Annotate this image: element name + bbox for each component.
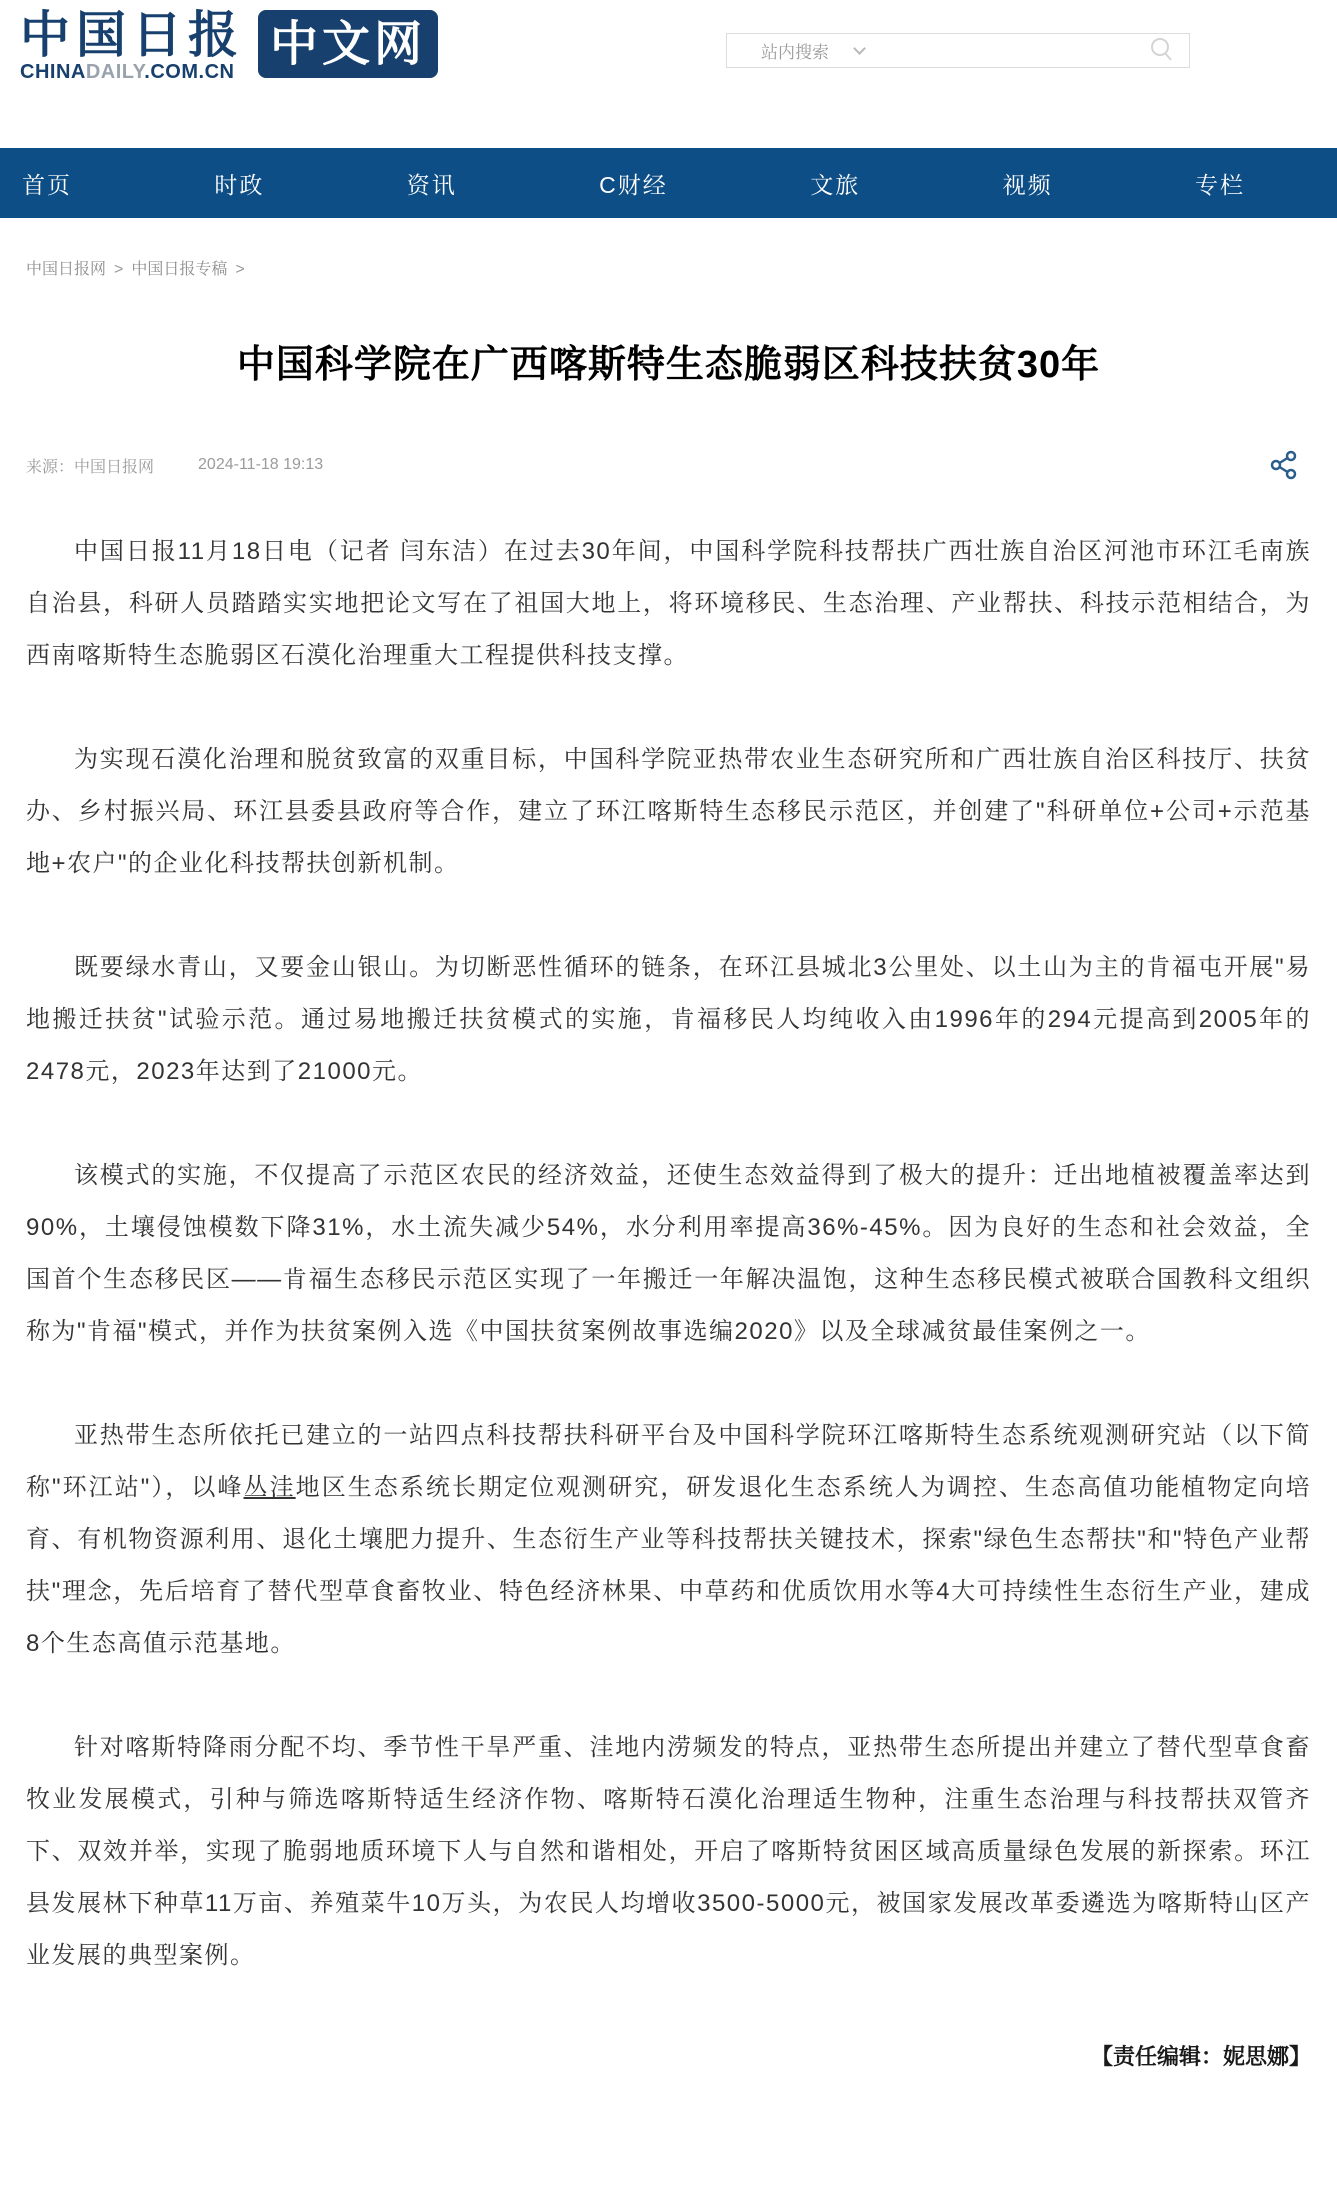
nav-item[interactable]: 时政 [214, 167, 264, 200]
underlined-text: 丛洼 [244, 1474, 296, 1501]
logo-domain-daily: DAILY [86, 61, 144, 83]
paragraph-text: 地区生态系统长期定位观测研究，研发退化生态系统人为调控、生态高值功能植物定向培育… [26, 1474, 1311, 1657]
search-button[interactable] [1133, 35, 1189, 66]
search-input[interactable] [864, 34, 1133, 67]
paragraph-text: 中国日报11月18日电（记者 闫东洁）在过去30年间，中国科学院科技帮扶广西壮族… [26, 538, 1311, 669]
article-datetime: 2024-11-18 19:13 [198, 456, 323, 474]
breadcrumb-separator: > [114, 261, 123, 278]
paragraph-text: 为实现石漠化治理和脱贫致富的双重目标，中国科学院亚热带农业生态研究所和广西壮族自… [26, 746, 1311, 877]
nav-item[interactable]: 专栏 [1195, 167, 1245, 200]
article-paragraph: 亚热带生态所依托已建立的一站四点科技帮扶科研平台及中国科学院环江喀斯特生态系统观… [26, 1410, 1311, 1670]
nav-item[interactable]: C财经 [599, 167, 668, 200]
logo-chinese-calligraphy: 中国日报 [20, 10, 244, 60]
breadcrumb: 中国日报网>中国日报专稿> [0, 218, 1337, 279]
nav-item[interactable]: 文旅 [810, 167, 860, 200]
article-paragraph: 针对喀斯特降雨分配不均、季节性干旱严重、洼地内涝频发的特点，亚热带生态所提出并建… [26, 1722, 1311, 1982]
paragraph-text: 该模式的实施，不仅提高了示范区农民的经济效益，还使生态效益得到了极大的提升：迁出… [26, 1162, 1311, 1345]
search-scope-dropdown[interactable]: 站内搜索 [727, 38, 864, 63]
paragraph-text: 针对喀斯特降雨分配不均、季节性干旱严重、洼地内涝频发的特点，亚热带生态所提出并建… [26, 1734, 1311, 1969]
nav-item[interactable]: 资讯 [407, 167, 457, 200]
main-nav: 首页时政资讯C财经文旅视频专栏 [0, 148, 1337, 218]
article-body: 中国日报11月18日电（记者 闫东洁）在过去30年间，中国科学院科技帮扶广西壮族… [0, 526, 1337, 1982]
logo-domain-text: CHINADAILY.COM.CN [20, 61, 244, 84]
editor-note: 【责任编辑：妮思娜】 [0, 2034, 1337, 2105]
share-icon [1267, 469, 1301, 486]
article-paragraph: 中国日报11月18日电（记者 闫东洁）在过去30年间，中国科学院科技帮扶广西壮族… [26, 526, 1311, 682]
paragraph-text: 既要绿水青山，又要金山银山。为切断恶性循环的链条，在环江县城北3公里处、以土山为… [26, 954, 1311, 1085]
search-scope-label: 站内搜索 [761, 38, 829, 63]
source-value[interactable]: 中国日报网 [74, 459, 154, 476]
logo-wordmark: 中国日报 CHINADAILY.COM.CN [20, 10, 244, 84]
search-icon [1147, 35, 1175, 66]
breadcrumb-link[interactable]: 中国日报专稿 [131, 261, 227, 278]
article-paragraph: 为实现石漠化治理和脱贫致富的双重目标，中国科学院亚热带农业生态研究所和广西壮族自… [26, 734, 1311, 890]
site-header: 中国日报 CHINADAILY.COM.CN 中文网 站内搜索 [0, 0, 1337, 148]
logo-badge-chinese-web: 中文网 [258, 10, 438, 78]
source-label: 来源： [26, 459, 74, 476]
breadcrumb-link[interactable]: 中国日报网 [26, 261, 106, 278]
page-title: 中国科学院在广西喀斯特生态脆弱区科技扶贫30年 [60, 341, 1277, 390]
breadcrumb-separator: > [235, 261, 244, 278]
share-button[interactable] [1267, 448, 1301, 487]
article-paragraph: 该模式的实施，不仅提高了示范区农民的经济效益，还使生态效益得到了极大的提升：迁出… [26, 1150, 1311, 1358]
nav-item[interactable]: 首页 [22, 167, 72, 200]
site-search: 站内搜索 [726, 33, 1190, 68]
article-meta: 来源：中国日报网 2024-11-18 19:13 [26, 448, 1311, 482]
nav-item[interactable]: 视频 [1003, 167, 1053, 200]
article-paragraph: 既要绿水青山，又要金山银山。为切断恶性循环的链条，在环江县城北3公里处、以土山为… [26, 942, 1311, 1098]
article-source: 来源：中国日报网 [26, 454, 154, 477]
logo-domain-comcn: .COM.CN [144, 61, 234, 83]
logo-domain-china: CHINA [20, 61, 86, 83]
